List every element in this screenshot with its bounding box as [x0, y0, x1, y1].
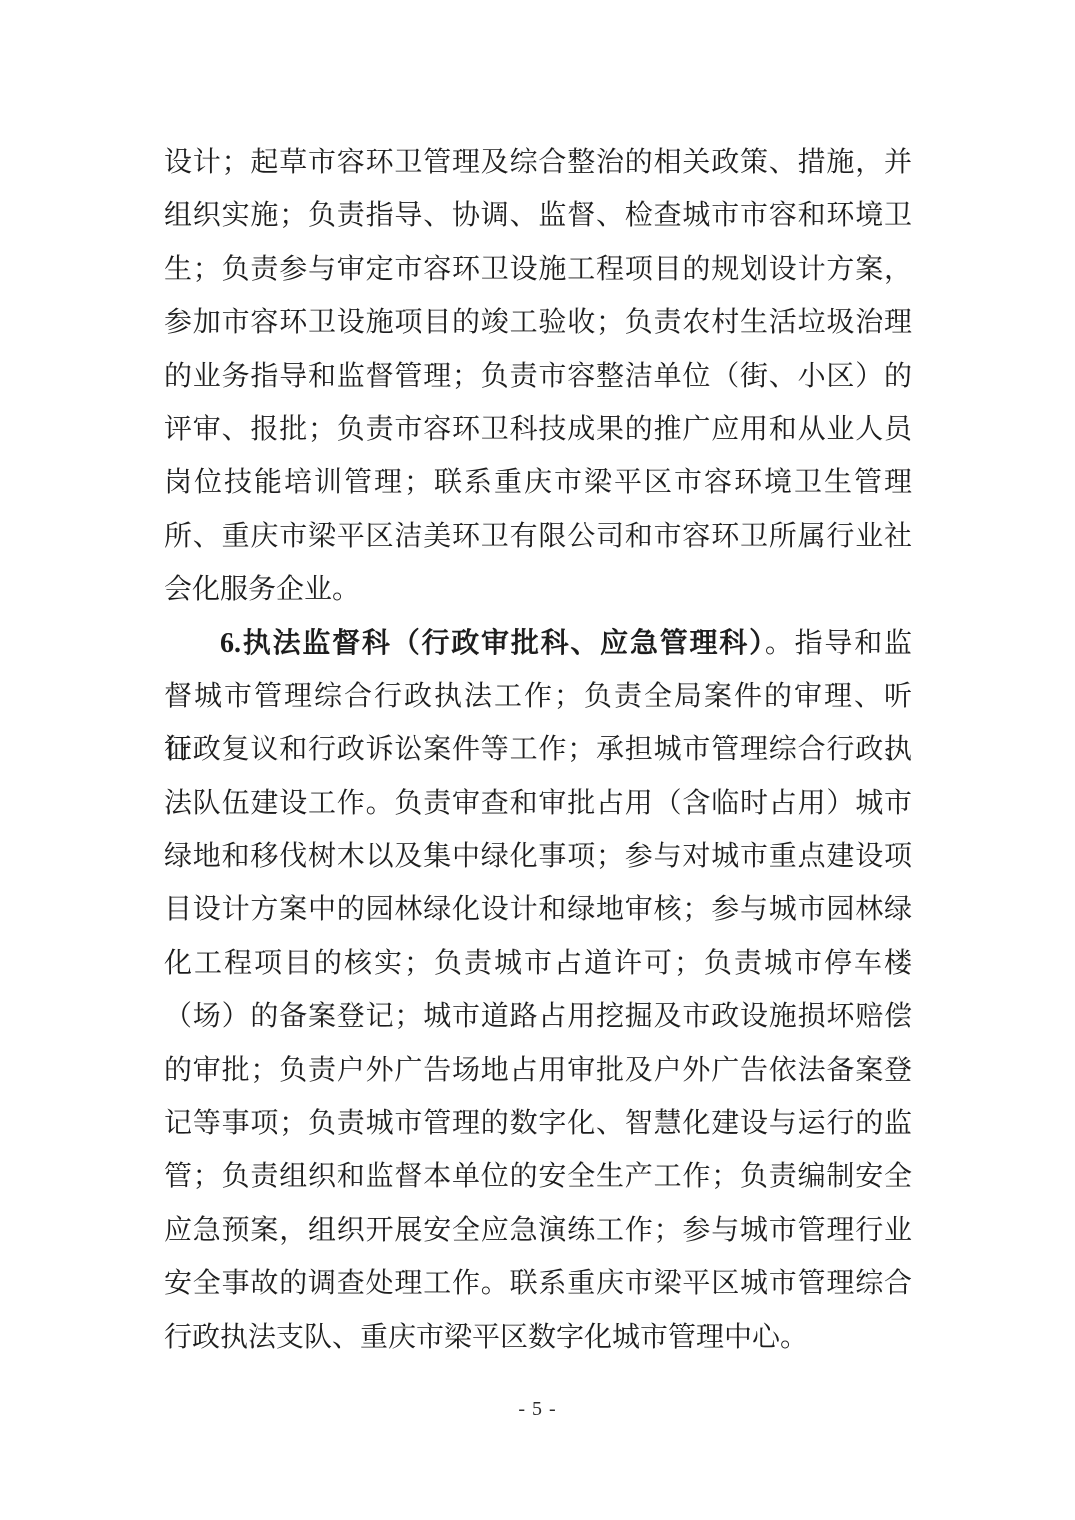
text-line: 会化服务企业。	[164, 563, 912, 616]
text-line: 绿地和移伐树木以及集中绿化事项；参与对城市重点建设项	[164, 830, 912, 883]
text-line: 的审批；负责户外广告场地占用审批及户外广告依法备案登	[164, 1044, 912, 1097]
section-6-heading-tail: 。指导和监	[765, 628, 912, 659]
text-line: 设计；起草市容环卫管理及综合整治的相关政策、措施，并	[164, 136, 912, 189]
text-line: 的业务指导和监督管理；负责市容整洁单位（街、小区）的	[164, 350, 912, 403]
text-line: 督城市管理综合行政执法工作；负责全局案件的审理、听证、	[164, 670, 912, 723]
text-line: 组织实施；负责指导、协调、监督、检查城市市容和环境卫	[164, 189, 912, 242]
document-page: 设计；起草市容环卫管理及综合整治的相关政策、措施，并 组织实施；负责指导、协调、…	[0, 0, 1075, 1520]
text-line: 岗位技能培训管理；联系重庆市梁平区市容环境卫生管理	[164, 456, 912, 509]
text-line: 安全事故的调查处理工作。联系重庆市梁平区城市管理综合	[164, 1257, 912, 1310]
text-line: 化工程项目的核实；负责城市占道许可；负责城市停车楼	[164, 937, 912, 990]
section-6-heading-line: 6.执法监督科（行政审批科、应急管理科）。指导和监	[164, 617, 912, 670]
text-line: 应急预案，组织开展安全应急演练工作；参与城市管理行业	[164, 1204, 912, 1257]
text-line: 目设计方案中的园林绿化设计和绿地审核；参与城市园林绿	[164, 883, 912, 936]
section-6-heading: 6.执法监督科（行政审批科、应急管理科）	[220, 628, 765, 659]
body-text: 设计；起草市容环卫管理及综合整治的相关政策、措施，并 组织实施；负责指导、协调、…	[164, 136, 912, 1364]
text-line: 记等事项；负责城市管理的数字化、智慧化建设与运行的监	[164, 1097, 912, 1150]
text-line: 法队伍建设工作。负责审查和审批占用（含临时占用）城市	[164, 777, 912, 830]
page-number: - 5 -	[0, 1398, 1075, 1421]
text-line: 参加市容环卫设施项目的竣工验收；负责农村生活垃圾治理	[164, 296, 912, 349]
paragraph-continuation: 设计；起草市容环卫管理及综合整治的相关政策、措施，并 组织实施；负责指导、协调、…	[164, 136, 912, 617]
text-line: 行政执法支队、重庆市梁平区数字化城市管理中心。	[164, 1311, 912, 1364]
text-line: 生；负责参与审定市容环卫设施工程项目的规划设计方案，	[164, 243, 912, 296]
text-line: 行政复议和行政诉讼案件等工作；承担城市管理综合行政执	[164, 723, 912, 776]
section-6-paragraph: 6.执法监督科（行政审批科、应急管理科）。指导和监 督城市管理综合行政执法工作；…	[164, 617, 912, 1364]
text-line: 所、重庆市梁平区洁美环卫有限公司和市容环卫所属行业社	[164, 510, 912, 563]
text-line: 管；负责组织和监督本单位的安全生产工作；负责编制安全	[164, 1150, 912, 1203]
text-line: （场）的备案登记；城市道路占用挖掘及市政设施损坏赔偿	[164, 990, 912, 1043]
text-line: 评审、报批；负责市容环卫科技成果的推广应用和从业人员	[164, 403, 912, 456]
